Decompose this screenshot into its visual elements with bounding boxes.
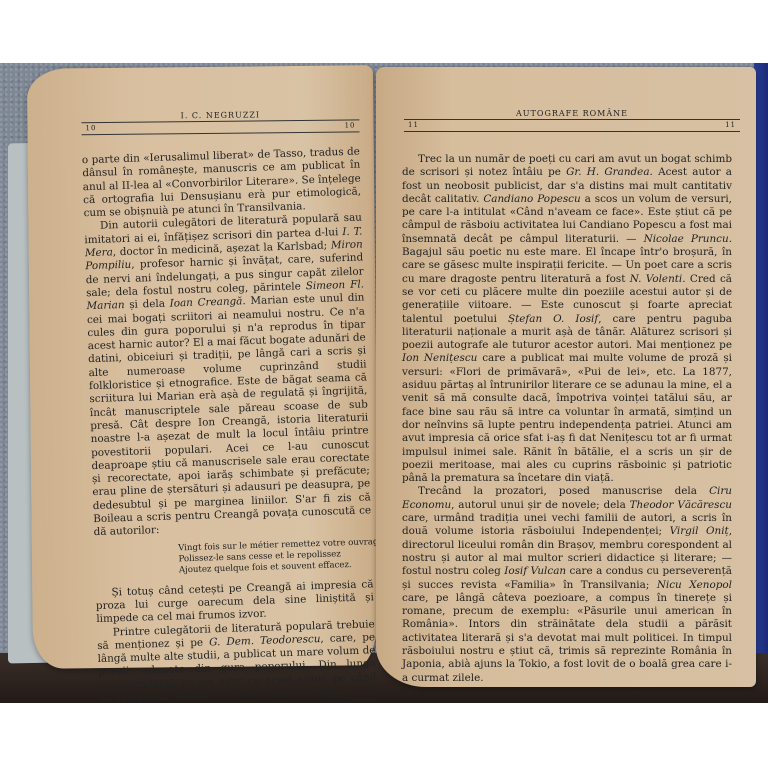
text-run: Trecând la prozatori, posed manuscrise d… [418, 485, 709, 497]
page-number: 11 [408, 121, 419, 129]
paragraph: Printre culegătorii de literatură popula… [97, 618, 378, 703]
paragraph-group: Trec la un număr de poeți cu cari am avu… [402, 153, 732, 685]
photo-background: I. C. NEGRUZZI 10 10 o parte din «Ierusa… [0, 63, 768, 703]
author-name: Theodor Văcărescu [630, 499, 732, 511]
right-page-body: Trec la un număr de poeți cu cari am avu… [402, 153, 732, 685]
text-run: care, pe lângă câteva poezioare, a compu… [402, 592, 732, 684]
header-rule [404, 119, 740, 120]
left-page: I. C. NEGRUZZI 10 10 o parte din «Ierusa… [27, 65, 379, 669]
text-run: , autorul unui șir de novele; dela [451, 499, 629, 511]
paragraph: Trec la un număr de poeți cu cari am avu… [402, 153, 732, 485]
right-running-header: AUTOGRAFE ROMÂNE 11 11 [404, 109, 740, 131]
author-name: Virgil Oniț [670, 525, 729, 537]
author-name: Ion Nenițescu [402, 352, 477, 364]
paragraph: Trecând la prozatori, posed manuscrise d… [402, 485, 732, 684]
author-name: Candiano Popescu [483, 193, 580, 205]
paragraph: Din autorii culegători de literatură pop… [84, 212, 372, 540]
paragraph-group: Și totuș când cetești pe Creangă ai impr… [95, 578, 377, 703]
author-name: N. Volenti [630, 273, 683, 285]
left-page-body: o parte din «Ierusalimul liberat» de Tas… [82, 146, 378, 703]
blue-cloth-edge [754, 63, 768, 703]
author-name: Gr. H. Grandea [566, 166, 649, 178]
header-rule [404, 131, 740, 132]
paragraph: o parte din «Ierusalimul liberat» de Tas… [82, 146, 362, 221]
author-name: Iosif Vulcan [504, 565, 566, 577]
author-name: Nicu Xenopol [657, 579, 732, 591]
french-verse-quote: Vingt fois sur le métier remettez votre … [178, 537, 373, 576]
text-run: . Marian este unul din cei mai bogați sc… [87, 292, 372, 539]
page-number: 11 [725, 121, 736, 129]
text-run: care a publicat mai multe volume de proz… [402, 352, 732, 484]
text-run: și dela [124, 298, 169, 311]
right-page: AUTOGRAFE ROMÂNE 11 11 Trec la un număr … [376, 67, 756, 687]
paragraph-group: o parte din «Ierusalimul liberat» de Tas… [82, 146, 372, 540]
header-rule [82, 131, 360, 135]
page-number: 10 [85, 124, 96, 132]
running-head-title: AUTOGRAFE ROMÂNE [404, 109, 740, 118]
author-name: Ioan Creangă [169, 296, 242, 310]
author-name: Ștefan O. Iosif [508, 313, 598, 325]
left-running-header: I. C. NEGRUZZI 10 10 [81, 109, 359, 134]
author-name: Nicolae Pruncu [644, 233, 729, 245]
text-run: o parte din «Ierusalimul liberat» de Tas… [82, 146, 361, 220]
page-number: 10 [345, 121, 356, 129]
